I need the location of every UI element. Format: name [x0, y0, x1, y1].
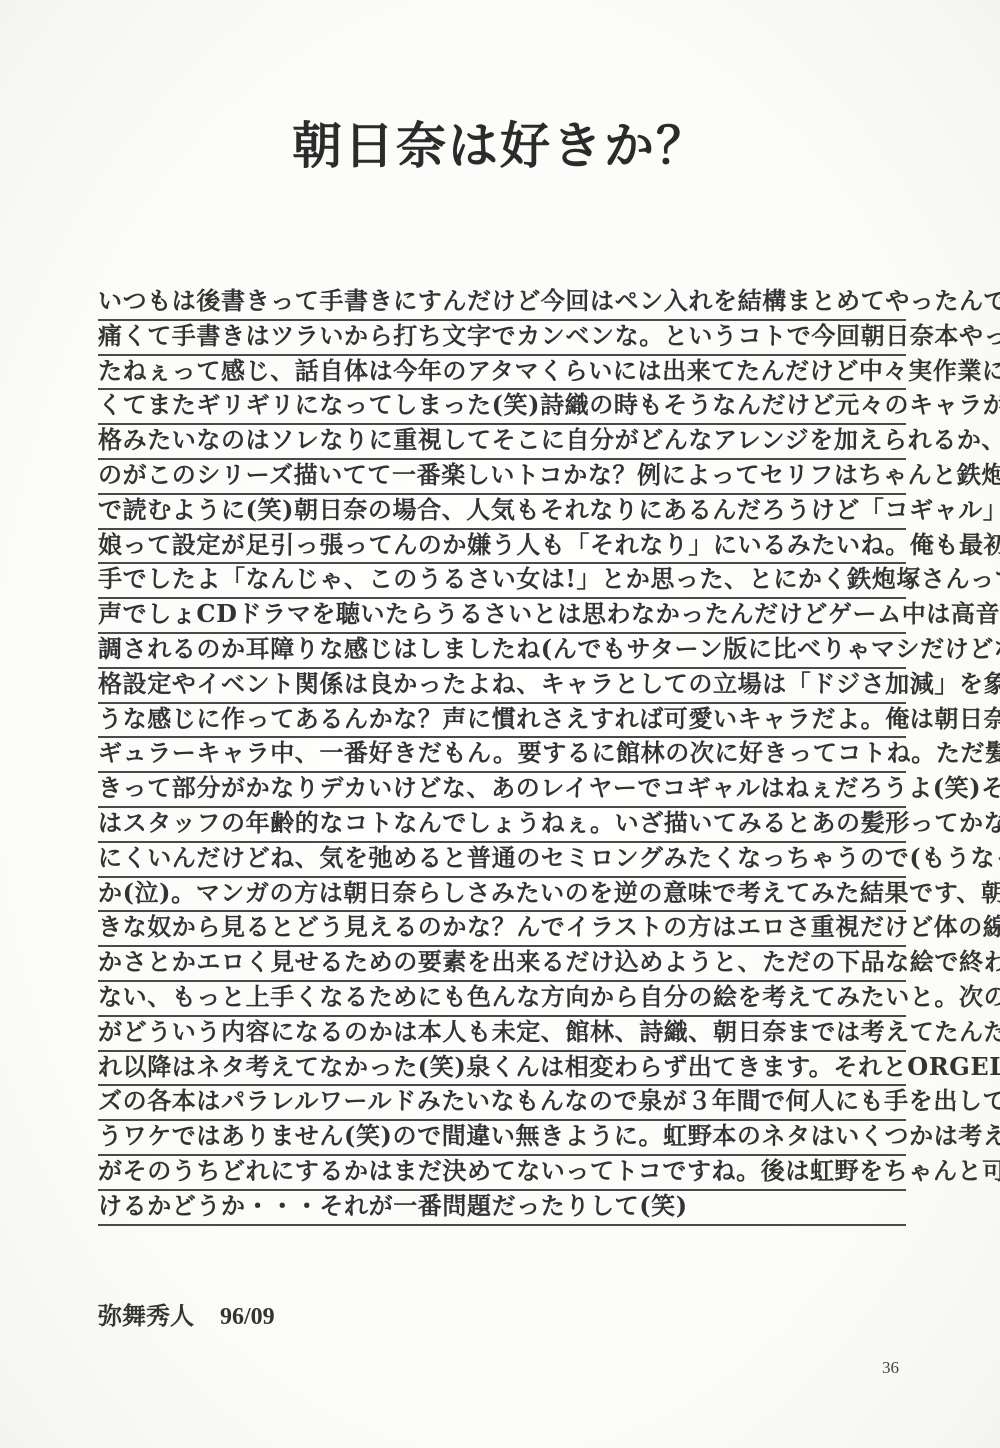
text-line: ない、もっと上手くなるためにも色んな方向から自分の絵を考えてみたいと。次の虹野本	[98, 982, 906, 1017]
author-name: 弥舞秀人	[98, 1304, 194, 1330]
page-title: 朝日奈は好きか？	[0, 106, 1000, 178]
text-line: くてまたギリギリになってしまった(笑)詩織の時もそうなんだけど元々のキャラが持つ…	[98, 390, 906, 425]
text-line: 格設定やイベント関係は良かったよね、キャラとしての立場は「ドジさ加減」を象徴する…	[98, 669, 906, 704]
text-line: 調されるのか耳障りな感じはしましたね(んでもサターン版に比べりゃマシだけどな)。…	[98, 634, 906, 669]
text-line: にくいんだけどね、気を弛めると普通のセミロングみたくなっちゃうので(もうなってる	[98, 843, 906, 878]
signature: 弥舞秀人96/09	[98, 1296, 275, 1331]
text-line: はスタッフの年齢的なコトなんでしょうねぇ。いざ描いてみるとあの髪形ってかなり描き	[98, 808, 906, 843]
text-line: 娘って設定が足引っ張ってんのか嫌う人も「それなり」にいるみたいね。俺も最初は声が…	[98, 530, 906, 565]
text-line: けるかどうか・・・それが一番問題だったりして(笑)	[98, 1191, 906, 1226]
signature-date: 96/09	[220, 1304, 275, 1330]
text-line: きな奴から見るとどう見えるのかな？んでイラストの方はエロさ重視だけど体の線に柔ら	[98, 912, 906, 947]
text-line: がそのうちどれにするかはまだ決めてないってトコですね。後は虹野をちゃんと可愛く描	[98, 1156, 906, 1191]
text-line: うワケではありません(笑)ので間違い無きように。虹野本のネタはいくつかは考えてま…	[98, 1121, 906, 1156]
text-line: 格みたいなのはソレなりに重視してそこに自分がどんなアレンジを加えられるか、という	[98, 425, 906, 460]
text-line: 痛くて手書きはツラいから打ち文字でカンベンな。というコトで今回朝日奈本やっと出せ	[98, 321, 906, 356]
text-line: 手でしたよ「なんじゃ、このうるさい女は!」とか思った、とにかく鉄炮塚さんってアニ…	[98, 564, 906, 599]
text-line: で読むように(笑)朝日奈の場合、人気もそれなりにあるんだろうけど「コギャル」みて…	[98, 495, 906, 530]
page-number: 36	[882, 1358, 899, 1378]
text-line: かさとかエロく見せるための要素を出来るだけ込めようと、ただの下品な絵で終わりたく	[98, 947, 906, 982]
text-line: がどういう内容になるのかは本人も未定、館林、詩織、朝日奈までは考えてたんだけどそ	[98, 1017, 906, 1052]
document-page: 朝日奈は好きか？ いつもは後書きって手書きにすんだけど今回はペン入れを結構まとめ…	[0, 0, 1000, 1448]
bleed-through-artifact	[320, 1290, 700, 1360]
text-line: ズの各本はパラレルワールドみたいなもんなので泉が３年間で何人にも手を出してるとい	[98, 1086, 906, 1121]
text-line: 声でしょCDドラマを聴いたらうるさいとは思わなかったんだけどゲーム中は高音域が強	[98, 599, 906, 634]
text-line: か(泣)。マンガの方は朝日奈らしさみたいのを逆の意味で考えてみた結果です、朝日奈…	[98, 878, 906, 913]
text-line: ギュラーキャラ中、一番好きだもん。要するに館林の次に好きってコトね。ただ髪形が好	[98, 738, 906, 773]
text-line: たねぇって感じ、話自体は今年のアタマくらいには出来てたんだけど中々実作業に入れな	[98, 356, 906, 391]
text-line: いつもは後書きって手書きにすんだけど今回はペン入れを結構まとめてやったんで手首が	[98, 286, 906, 321]
text-line: きって部分がかなりデカいけどな、あのレイヤーでコギャルはねぇだろうよ(笑)そのへ…	[98, 773, 906, 808]
afterword-body: いつもは後書きって手書きにすんだけど今回はペン入れを結構まとめてやったんで手首が…	[98, 286, 910, 1226]
text-line: のがこのシリーズ描いてて一番楽しいトコかな？例によってセリフはちゃんと鉄炮塚の声	[98, 460, 906, 495]
text-line: れ以降はネタ考えてなかった(笑)泉くんは相変わらず出てきます。それとORGELシ…	[98, 1052, 906, 1087]
text-line: うな感じに作ってあるんかな？声に慣れさえすれば可愛いキャラだよ。俺は朝日奈ってレ	[98, 704, 906, 739]
